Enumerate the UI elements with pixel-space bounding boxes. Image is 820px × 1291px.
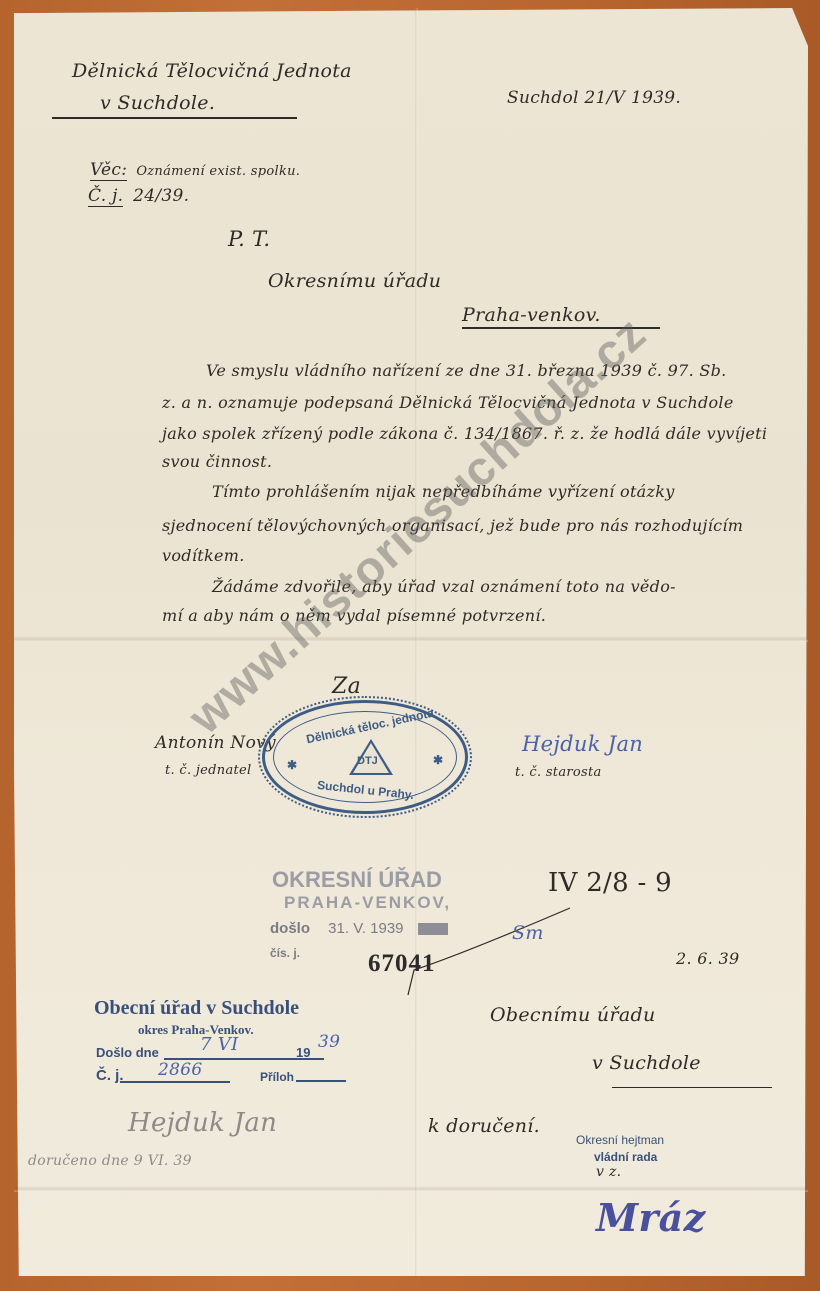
municipal-received-label: Došlo dne: [96, 1045, 159, 1060]
body-line: z. a n. oznamuje podepsaná Dělnická Tělo…: [162, 393, 734, 412]
body-line: Ve smyslu vládního nařízení ze dne 31. b…: [206, 361, 727, 380]
attachments-line: [296, 1080, 346, 1082]
salutation: P. T.: [228, 227, 270, 251]
municipal-attachments-label: Příloh: [260, 1070, 294, 1084]
municipal-year-prefix: 19: [296, 1045, 310, 1060]
forward-note-line2: v Suchdole: [592, 1052, 701, 1074]
municipal-office-stamp: Obecní úřad v Suchdole okres Praha-Venko…: [94, 997, 299, 1038]
letterhead-line1: Dělnická Tělocvičná Jednota: [72, 60, 352, 82]
reference-value: 24/39.: [133, 186, 189, 206]
subject: Věc: Oznámení exist. spolku.: [90, 160, 300, 180]
body-line: svou činnost.: [162, 452, 272, 471]
municipal-stamp-line1: Obecní úřad v Suchdole: [94, 997, 299, 1020]
chief-stamp-line1: Okresní hejtman: [576, 1133, 664, 1147]
forward-note-underline: [612, 1087, 772, 1088]
signature-right-name: Hejduk Jan: [522, 732, 643, 756]
body-line: Žádáme zdvořile, aby úřad vzal oznámení …: [212, 577, 676, 596]
letterhead-underline: [52, 117, 297, 119]
subject-label: Věc:: [90, 160, 127, 181]
municipal-number-value: 2866: [158, 1060, 202, 1080]
reference-label: Č. j.: [88, 186, 123, 207]
district-received-date: 31. V. 1939: [328, 920, 403, 937]
forward-note-line3: k doručení.: [428, 1115, 540, 1137]
asterisk-icon: ✱: [433, 753, 443, 767]
addressee-office: Okresnímu úřadu: [268, 270, 441, 292]
place-date: Suchdol 21/V 1939.: [507, 88, 681, 108]
body-line: jako spolek zřízený podle zákona č. 134/…: [162, 424, 767, 443]
municipal-year-value: 39: [318, 1032, 340, 1052]
subject-value: Oznámení exist. spolku.: [136, 164, 300, 179]
district-stamp-line1: OKRESNÍ ÚŘAD: [272, 867, 442, 893]
file-mark: IV 2/8 - 9: [548, 868, 672, 898]
handwritten-date: 2. 6. 39: [676, 949, 739, 968]
za-mark: Za: [332, 674, 361, 699]
chief-stamp-line2: vládní rada: [594, 1150, 657, 1164]
pencil-signature: Hejduk Jan: [128, 1108, 277, 1138]
club-oval-stamp: Dělnická těloc. jednota DTJ ✱ ✱ Suchdol …: [262, 700, 468, 814]
municipal-received-value: 7 VI: [200, 1034, 238, 1055]
initials-blue: Sm: [512, 922, 544, 944]
asterisk-icon: ✱: [287, 758, 297, 772]
chief-signature: Mráz: [596, 1195, 706, 1240]
forward-note-line1: Obecnímu úřadu: [490, 1004, 655, 1026]
fold-line-vertical: [415, 8, 418, 1276]
letterhead-line2: v Suchdole.: [100, 92, 215, 114]
signature-right-role: t. č. starosta: [515, 765, 602, 780]
number-line: [120, 1081, 230, 1083]
body-line: vodítkem.: [162, 546, 245, 565]
reference: Č. j. 24/39.: [88, 186, 189, 206]
club-stamp-center-text: DTJ: [357, 755, 378, 767]
fold-line-horizontal: [14, 1186, 808, 1192]
routing-line: [400, 900, 580, 1000]
pencil-delivered-note: doručeno dne 9 VI. 39: [28, 1153, 192, 1169]
fold-line-horizontal: [14, 636, 808, 642]
district-received-label: došlo: [270, 920, 310, 937]
chief-initials: v z.: [596, 1164, 621, 1180]
district-number-label: čís. j.: [270, 946, 300, 960]
addressee-location: Praha-venkov.: [462, 304, 601, 326]
signature-left-role: t. č. jednatel: [165, 763, 251, 778]
